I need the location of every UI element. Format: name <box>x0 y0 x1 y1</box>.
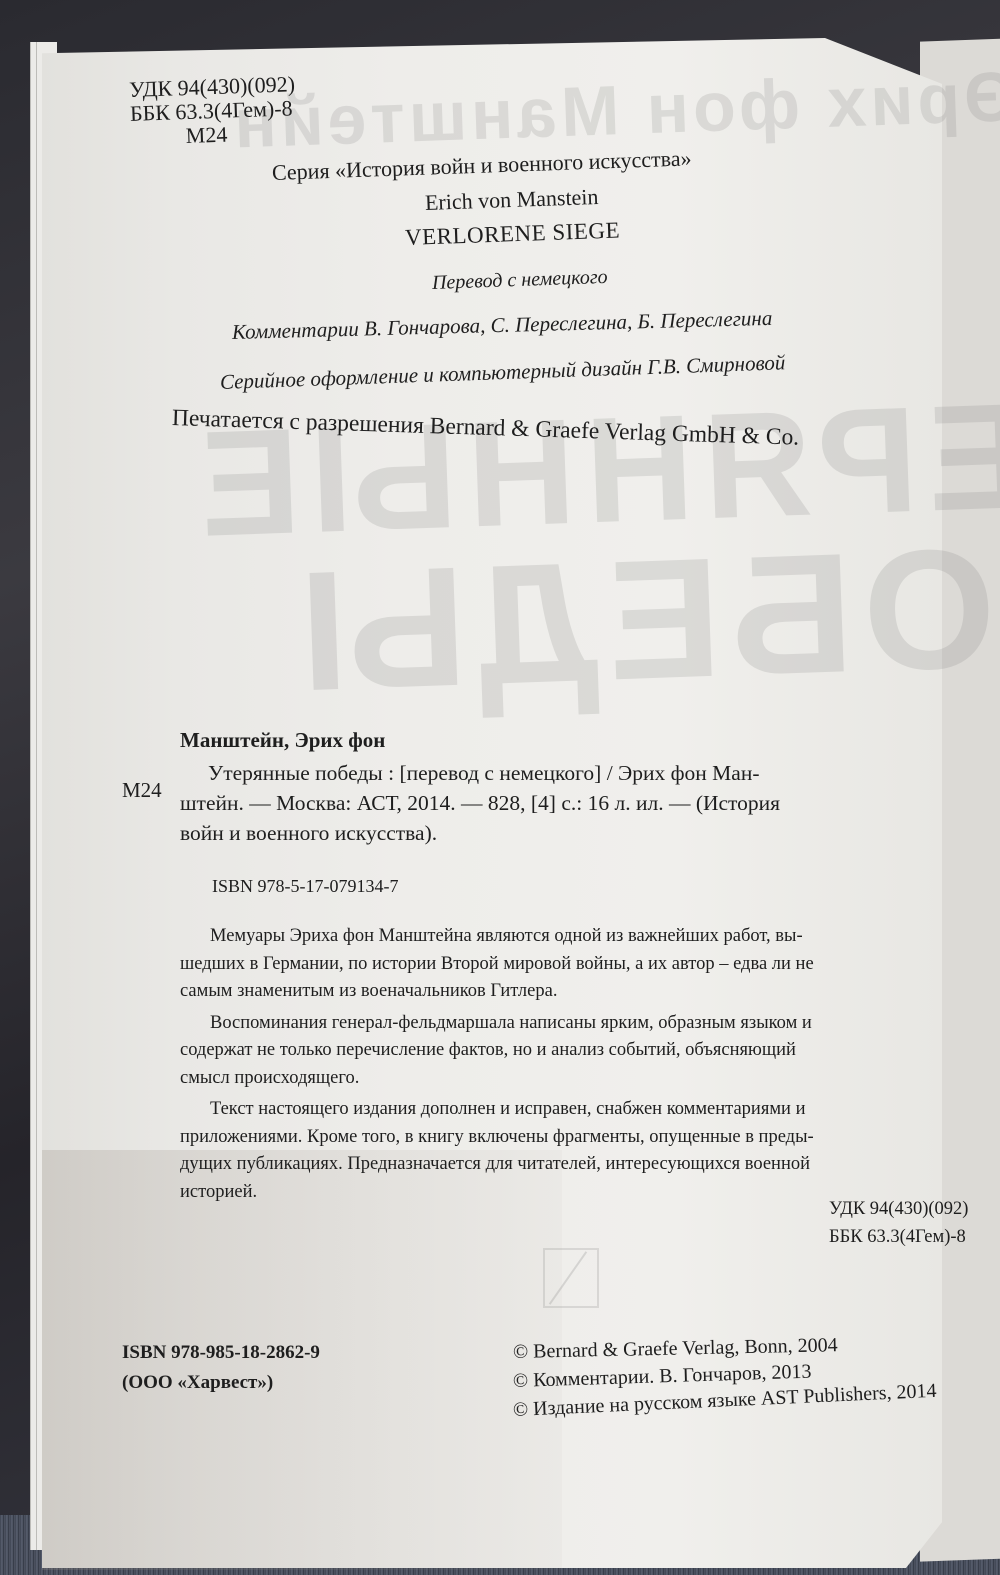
annotation-line: Текст настоящего издания дополнен и испр… <box>180 1096 990 1124</box>
annotation-line: приложениями. Кроме того, в книгу включе… <box>180 1124 990 1152</box>
annotation-line: содержат не только перечисление фактов, … <box>180 1037 990 1065</box>
catalog-description-line: войн и военного искусства). <box>180 818 980 848</box>
annotation-line: самым знаменитым из военачальников Гитле… <box>180 978 990 1006</box>
annotation-line: смысл происходящего. <box>180 1065 990 1093</box>
header-classification-codes: УДК 94(430)(092) ББК 63.3(4Гем)-8 М24 <box>129 72 297 150</box>
catalog-isbn: ISBN 978-5-17-079134-7 <box>212 876 399 897</box>
annotation: Мемуары Эриха фон Манштейна являются одн… <box>180 923 990 1206</box>
publisher-name: (ООО «Харвест») <box>122 1368 320 1398</box>
international-isbn-block: ISBN 978-985-18-2862-9 (ООО «Харвест») <box>122 1338 320 1398</box>
annotation-line: шедших в Германии, по истории Второй мир… <box>180 951 990 979</box>
footer-classification-codes: УДК 94(430)(092) ББК 63.3(4Гем)-8 <box>829 1195 968 1251</box>
catalog-description-line: Утерянные победы : [перевод с немецкого]… <box>180 758 980 788</box>
catalog-author-mark: М24 <box>122 778 162 803</box>
annotation-line: Мемуары Эриха фон Манштейна являются одн… <box>180 923 990 951</box>
catalog-author-heading: Манштейн, Эрих фон <box>180 728 385 753</box>
annotation-line: дущих публикациях. Предназначается для ч… <box>180 1151 990 1179</box>
catalog-description: Утерянные победы : [перевод с немецкого]… <box>180 758 980 848</box>
catalog-description-line: штейн. — Москва: АСТ, 2014. — 828, [4] с… <box>180 788 980 818</box>
udk-code: УДК 94(430)(092) <box>829 1195 968 1223</box>
copyright-notices: © Bernard & Graefe Verlag, Bonn, 2004 © … <box>513 1338 937 1425</box>
bbk-code: ББК 63.3(4Гем)-8 <box>829 1223 968 1251</box>
international-isbn: ISBN 978-985-18-2862-9 <box>122 1338 320 1368</box>
annotation-line: Воспоминания генерал-фельдмаршала написа… <box>180 1010 990 1038</box>
